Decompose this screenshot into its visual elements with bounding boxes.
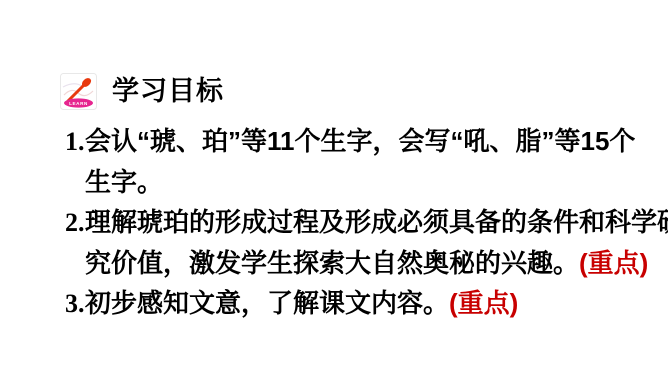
header: LEARN 学习目标 [60,73,224,110]
objective-text: 会认“琥、珀”等11个生字，会写“吼、脂”等15个 [85,126,635,156]
list-item: 1.会认“琥、珀”等11个生字，会写“吼、脂”等15个 生字。 [65,121,625,202]
learn-badge-svg: LEARN [60,73,97,110]
objective-text: 初步感知文意，了解课文内容。 [85,288,449,318]
item-number: 2. [65,203,85,243]
objective-text: 理解琥珀的形成过程及形成必须具备的条件和科学研 [85,207,668,237]
item-number: 1. [65,122,85,162]
objective-3-line-1: 3.初步感知文意，了解课文内容。(重点) [65,283,625,324]
objective-1-line-2: 生字。 [65,162,625,202]
page-title: 学习目标 [112,78,224,105]
objectives-list: 1.会认“琥、珀”等11个生字，会写“吼、脂”等15个 生字。 2.理解琥珀的形… [65,121,625,324]
objective-text: 生字。 [85,167,163,197]
list-item: 2.理解琥珀的形成过程及形成必须具备的条件和科学研 究价值，激发学生探索大自然奥… [65,202,625,283]
objective-text: 究价值，激发学生探索大自然奥秘的兴趣。 [85,248,579,278]
highlight-tag: (重点) [579,248,648,278]
objective-2-line-1: 2.理解琥珀的形成过程及形成必须具备的条件和科学研 [65,202,625,243]
list-item: 3.初步感知文意，了解课文内容。(重点) [65,283,625,324]
slide: LEARN 学习目标 1.会认“琥、珀”等11个生字，会写“吼、脂”等15个 生… [0,0,668,376]
learn-ribbon-label: LEARN [69,101,88,106]
item-number: 3. [65,284,85,324]
objective-2-line-2: 究价值，激发学生探索大自然奥秘的兴趣。(重点) [65,243,625,283]
highlight-tag: (重点) [449,288,518,318]
learn-badge-icon: LEARN [60,73,97,110]
objective-1-line-1: 1.会认“琥、珀”等11个生字，会写“吼、脂”等15个 [65,121,625,162]
